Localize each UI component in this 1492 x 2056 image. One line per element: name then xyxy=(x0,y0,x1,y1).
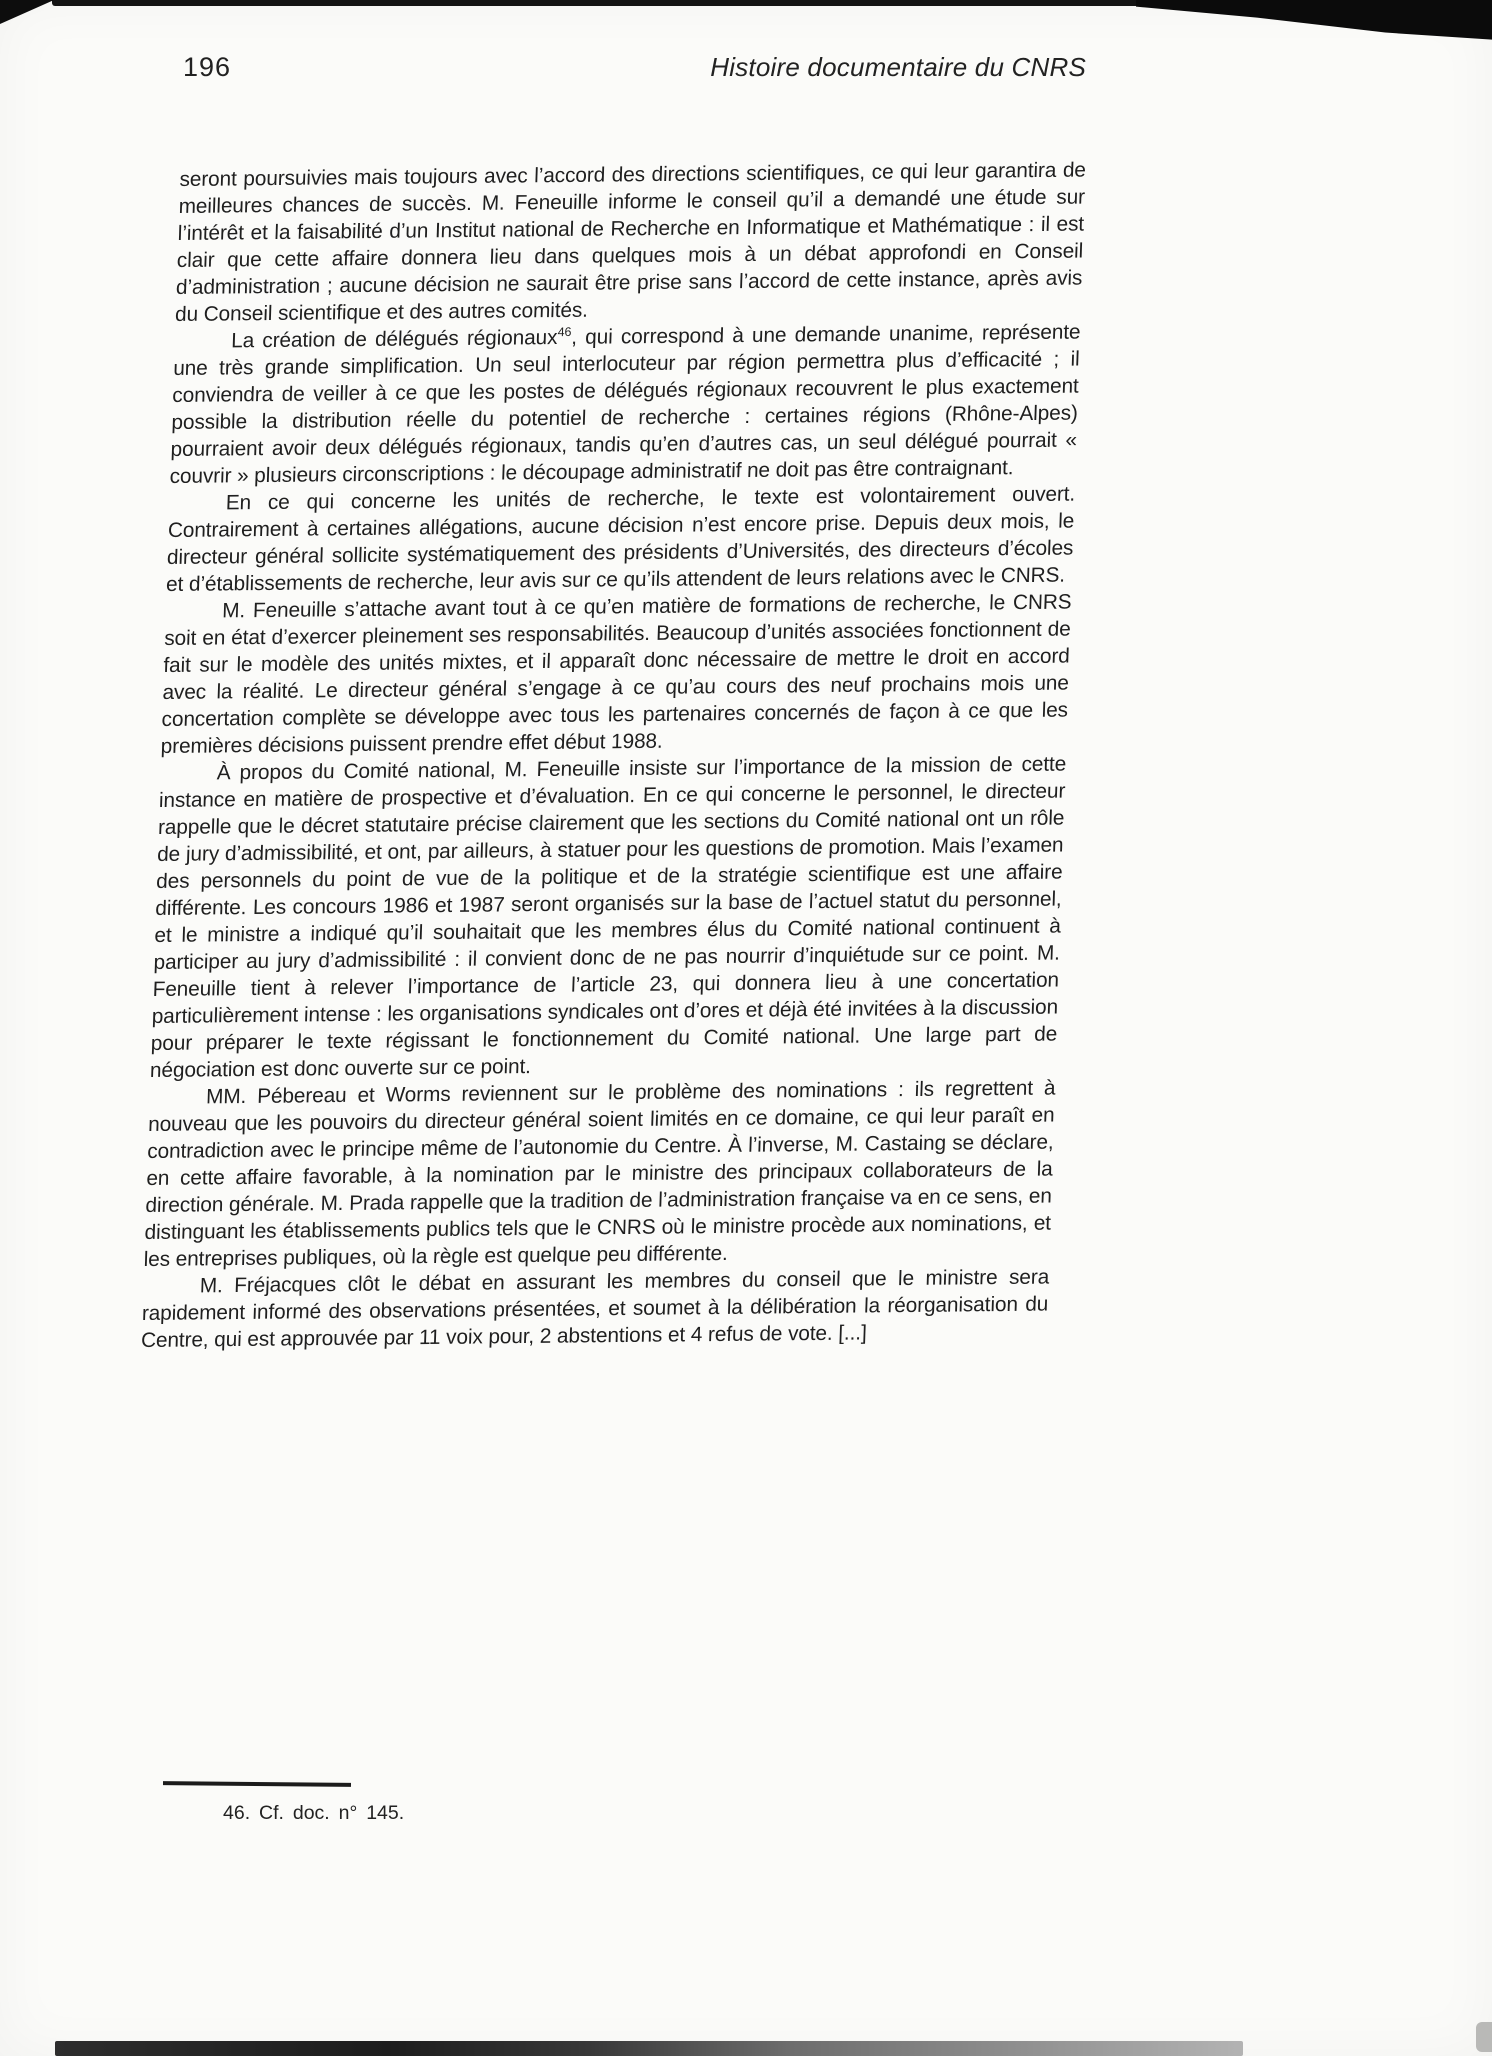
footnote-divider-rule xyxy=(163,1781,351,1786)
paragraph-4: M. Feneuille s’attache avant tout à ce q… xyxy=(160,589,1072,760)
paragraph-5: À propos du Comité national, M. Feneuill… xyxy=(150,751,1067,1084)
paragraph-2-text-before: La création de délégués régionaux xyxy=(231,326,558,352)
scan-artifact-top-right-corner xyxy=(1136,0,1492,44)
paragraph-6: MM. Pébereau et Worms reviennent sur le … xyxy=(143,1075,1056,1273)
book-page: 196 Histoire documentaire du CNRS seront… xyxy=(0,0,1492,2056)
paragraph-1: seront poursuivies mais toujours avec l’… xyxy=(175,157,1087,328)
running-head-title: Histoire documentaire du CNRS xyxy=(710,52,1086,83)
page-number: 196 xyxy=(183,52,231,83)
footnote-text: 46. Cf. doc. n° 145. xyxy=(223,1802,723,1825)
paragraph-7: M. Fréjacques clôt le débat en assurant … xyxy=(141,1264,1050,1354)
scan-artifact-top-left-corner xyxy=(0,0,54,24)
paragraph-3: En ce qui concerne les unités de recherc… xyxy=(166,481,1076,598)
scan-artifact-right-smudge xyxy=(1476,2022,1492,2052)
page-header: 196 Histoire documentaire du CNRS xyxy=(183,52,1086,83)
scan-artifact-bottom-edge xyxy=(55,2041,1243,2056)
body-text-block: seront poursuivies mais toujours avec l’… xyxy=(141,157,1087,1354)
footnote-area: 46. Cf. doc. n° 145. xyxy=(163,1782,723,1825)
footnote-reference-46: 46 xyxy=(557,325,571,339)
paragraph-2: La création de délégués régionaux46, qui… xyxy=(169,319,1081,490)
scan-artifact-top-edge xyxy=(52,0,1147,6)
